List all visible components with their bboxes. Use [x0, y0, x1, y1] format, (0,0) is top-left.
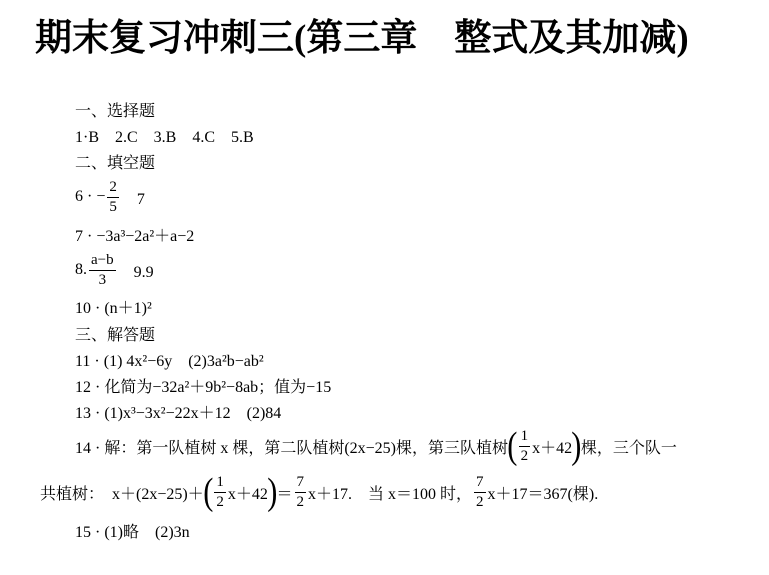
fraction: 1 2	[214, 474, 226, 512]
left-paren: (	[507, 429, 517, 463]
answer-q11-text: 11 · (1) 4x²−6y (2)3a²b−ab²	[75, 348, 264, 371]
answer-q8-9: 8. a−b 3 9.9	[0, 248, 769, 292]
fraction-denominator: 2	[476, 493, 484, 511]
section-choice-label: 一、选择题	[75, 98, 155, 121]
answer-q14-paren-body: x＋42	[532, 435, 572, 458]
fraction-denominator: 5	[109, 198, 117, 216]
answer-q12: 12 · 化简为−32a²＋9b²−8ab；值为−15	[0, 372, 769, 398]
answer-q6-prefix: 6 · −	[75, 188, 105, 206]
answer-q14-part4: x＋17. 当 x＝100 时，	[308, 481, 472, 504]
fraction-numerator: 2	[107, 179, 119, 198]
answer-q14-equals: ＝	[277, 481, 293, 504]
answer-q7: 7 · −3a³−2a²＋a−2	[0, 220, 769, 248]
fraction: a−b 3	[89, 252, 116, 290]
fraction-denominator: 2	[216, 493, 224, 511]
left-paren: (	[203, 475, 213, 509]
answer-q6: 6 · − 2 5 7	[0, 174, 769, 220]
answer-q14-part1: 共植树： x＋(2x−25)＋	[40, 481, 204, 504]
answer-q10: 10 · (n＋1)²	[0, 292, 769, 320]
fraction: 7 2	[295, 474, 307, 512]
fraction: 7 2	[474, 474, 486, 512]
document-body: 一、选择题 1·B 2.C 3.B 4.C 5.B 二、填空题 6 · − 2 …	[0, 96, 769, 544]
section-fill-label: 二、填空题	[75, 150, 155, 173]
fraction-numerator: 1	[214, 474, 226, 493]
answers-q1-5: 1·B 2.C 3.B 4.C 5.B	[0, 122, 769, 148]
fraction-numerator: a−b	[89, 252, 116, 271]
right-paren: )	[267, 475, 277, 509]
answer-q8-prefix: 8.	[75, 261, 87, 279]
answer-q13: 13 · (1)x³−3x²−22x＋12 (2)84	[0, 398, 769, 424]
answer-q6-suffix: 7	[121, 186, 145, 209]
fraction-numerator: 7	[474, 474, 486, 493]
right-paren: )	[571, 429, 581, 463]
fraction-numerator: 1	[519, 428, 531, 447]
page-title: 期末复习冲刺三(第三章 整式及其加减)	[35, 16, 769, 62]
fraction-denominator: 2	[521, 447, 529, 465]
fraction-denominator: 2	[297, 493, 305, 511]
answer-q11: 11 · (1) 4x²−6y (2)3a²b−ab²	[0, 346, 769, 372]
answer-q13-text: 13 · (1)x³−3x²−22x＋12 (2)84	[75, 400, 281, 423]
answer-q14-line2: 共植树： x＋(2x−25)＋ ( 1 2 x＋42 ) ＝ 7 2 x＋17.…	[0, 468, 769, 516]
section-answer-header: 三、解答题	[0, 320, 769, 346]
answer-q14-line1: 14 · 解：第一队植树 x 棵，第二队植树(2x−25)棵，第三队植树 ( 1…	[0, 424, 769, 468]
fraction-denominator: 3	[99, 271, 107, 289]
document-page: 期末复习冲刺三(第三章 整式及其加减) 一、选择题 1·B 2.C 3.B 4.…	[0, 0, 769, 575]
answer-q9-text: 9.9	[118, 259, 154, 282]
section-choice-header: 一、选择题	[0, 96, 769, 122]
answer-q12-text: 12 · 化简为−32a²＋9b²−8ab；值为−15	[75, 374, 331, 397]
answer-q14-suffix: 棵，三个队一	[581, 435, 677, 458]
answer-q7-text: 7 · −3a³−2a²＋a−2	[75, 223, 194, 246]
section-answer-label: 三、解答题	[75, 322, 155, 345]
section-fill-header: 二、填空题	[0, 148, 769, 174]
fraction: 2 5	[107, 179, 119, 217]
answer-q14-prefix: 14 · 解：第一队植树 x 棵，第二队植树(2x−25)棵，第三队植树	[75, 435, 508, 458]
answer-q14-part2: x＋42	[228, 481, 268, 504]
answers-q1-5-text: 1·B 2.C 3.B 4.C 5.B	[75, 124, 254, 147]
answer-q15: 15 · (1)略 (2)3n	[0, 516, 769, 544]
fraction: 1 2	[519, 428, 531, 466]
answer-q10-text: 10 · (n＋1)²	[75, 295, 152, 318]
answer-q14-part5: x＋17＝367(棵).	[488, 481, 599, 504]
fraction-numerator: 7	[295, 474, 307, 493]
answer-q15-text: 15 · (1)略 (2)3n	[75, 519, 190, 542]
